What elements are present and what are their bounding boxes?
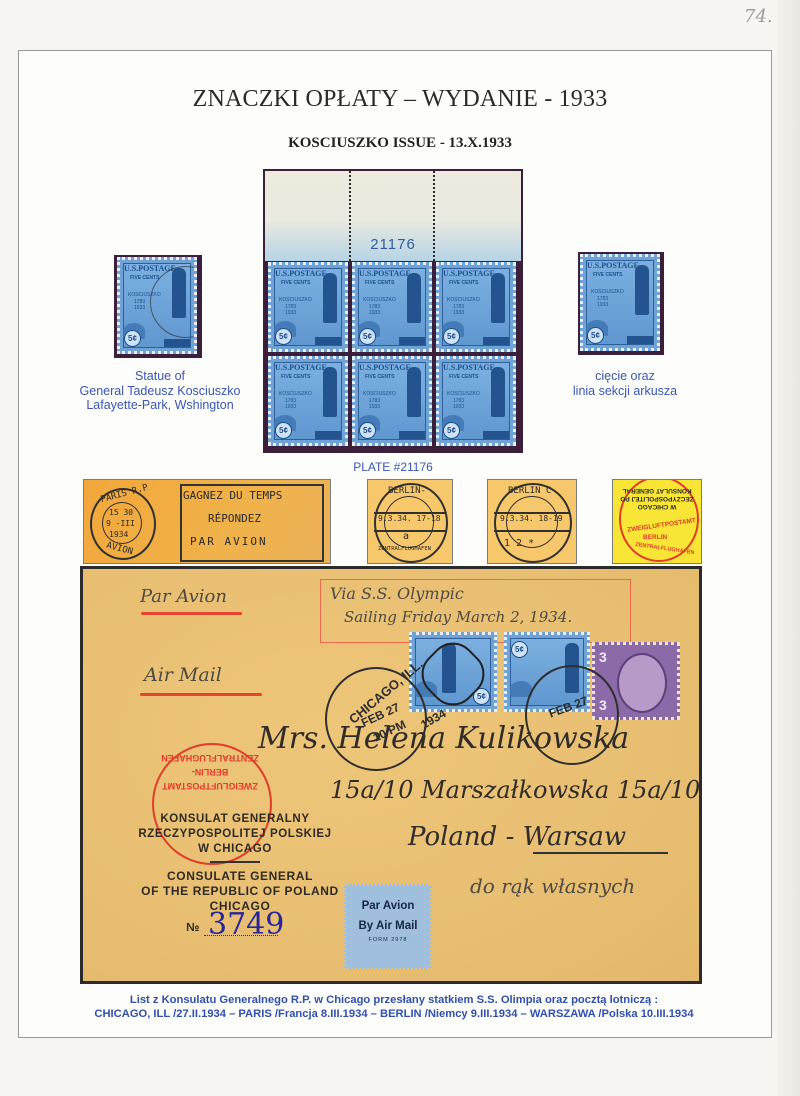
air-mail-label: Par Avion By Air Mail FORM 2978 [344,884,432,970]
plate-stamp: U.S.POSTAGEFIVE CENTSKOSCIUSZKO178319335… [268,262,348,352]
plate-stamp: U.S.POSTAGEFIVE CENTSKOSCIUSZKO178319335… [436,356,516,446]
number-prefix: № [186,920,199,934]
right-stamp-caption: cięcie oraz linia sekcji arkusza [540,369,710,398]
plate-stamp: U.S.POSTAGEFIVE CENTSKOSCIUSZKO178319335… [352,262,432,352]
address-underline [533,852,668,854]
plate-caption: PLATE #21176 [263,460,523,475]
berlin-c-cancellation: BERLIN C 9.3.34. 18-19 1 2 * [487,479,577,564]
address-note: do rąk własnych [470,874,635,898]
berlin-zentralflughafen-cancellation: BERLIN- 9.3.34. 17-18 a ZENTRALFLUGHAFEN [367,479,453,564]
red-underline [141,612,242,615]
address-city: Poland - Warsaw [408,822,626,852]
footer-caption-line1: List z Konsulatu Generalnego R.P. w Chic… [0,993,788,1008]
plate-stamp: U.S.POSTAGEFIVE CENTSKOSCIUSZKO178319335… [268,356,348,446]
plate-stamp: U.S.POSTAGEFIVE CENTSKOSCIUSZKO178319335… [352,356,432,446]
left-stamp: U.S.POSTAGE FIVE CENTS KOSCIUSZKO 178319… [117,257,197,354]
page-subtitle: KOSCIUSZKO ISSUE - 13.X.1933 [0,135,800,152]
address-name: Mrs. Helena Kulikowska [258,721,629,756]
par-avion-handwriting: Par Avion [140,586,227,607]
address-street: 15a/10 Marszałkowska 15a/10 [330,776,700,804]
air-mail-handwriting: Air Mail [144,664,222,686]
page-number: 74. [744,6,773,27]
right-stamp: U.S.POSTAGE FIVE CENTS KOSCIUSZKO 178319… [580,254,660,351]
imprint-divider [210,861,260,863]
left-stamp-caption: Statue of General Tadeusz Kosciuszko Laf… [60,369,260,413]
footer-caption-line2: CHICAGO, ILL /27.II.1934 – PARIS /Francj… [0,1007,788,1022]
page-title: ZNACZKI OPŁATY – WYDANIE - 1933 [0,86,800,113]
consulate-polish-imprint: KONSULAT GENERALNY RZECZYPOSPOLITEJ POLS… [110,812,360,857]
plate-stamp: U.S.POSTAGEFIVE CENTSKOSCIUSZKO178319335… [436,262,516,352]
page-edge [778,0,800,1096]
via-olympic-line2: Sailing Friday March 2, 1934. [344,608,572,626]
plate-number: 21176 [265,236,521,253]
via-olympic-line1: Via S.S. Olympic [330,584,464,603]
red-underline [140,693,262,696]
consulate-inverted-cancellation: W CHICAGO ZECZYPOSPOLITEJ PO KONSULAT GE… [612,479,702,564]
registration-number: 3749 [208,907,284,942]
paris-cancellation: PARIS R.P 15 30 9 -III 1934 AVION GAGNEZ… [83,479,331,564]
